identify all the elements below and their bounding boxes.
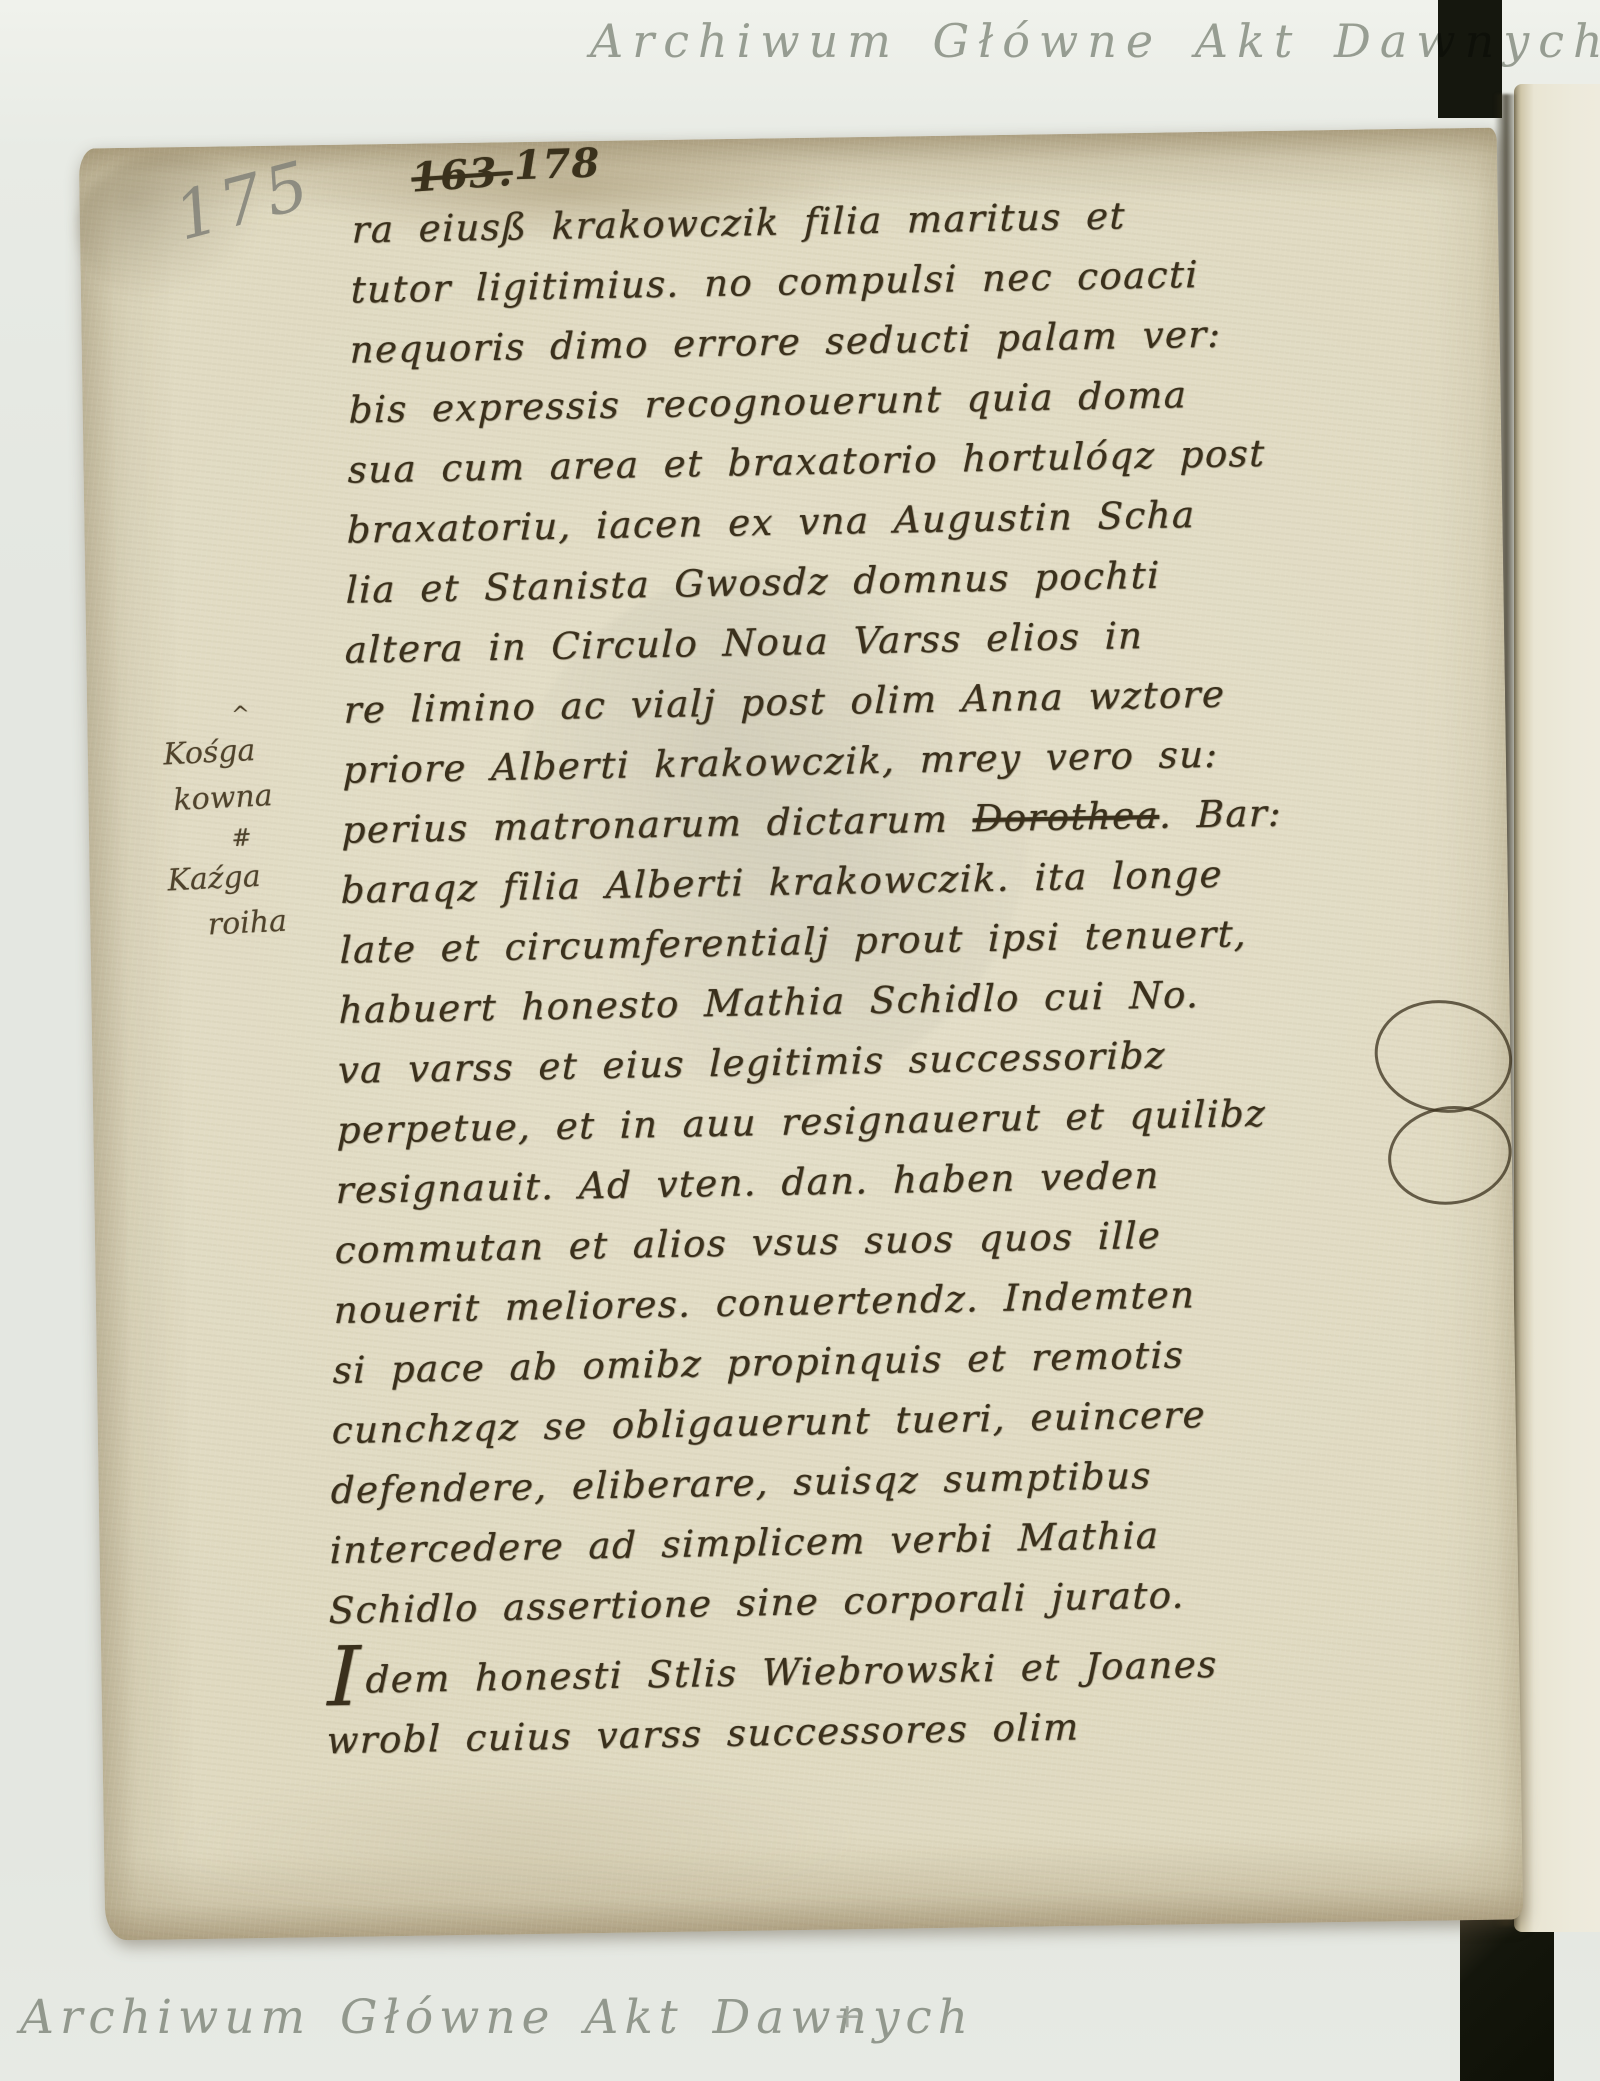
archive-watermark-top: Archiwum Główne Akt Dawnych (590, 14, 1600, 68)
calibration-cross-mark: + (833, 1996, 862, 2036)
archive-watermark-bottom: Archiwum Główne Akt Dawnych (20, 1990, 974, 2045)
manuscript-page: 175 163.178 ^ Kośga kowna # Kaźga roiha … (79, 128, 1523, 1941)
drop-cap-initial: I (328, 1678, 362, 1679)
struck-word: Dorothea (972, 794, 1159, 840)
line-text: dem honesti Stlis Wiebrowski et Joanes (365, 1643, 1218, 1702)
header-foliation-inscription: 163.178 (410, 142, 603, 202)
margin-note-word: roiha (169, 896, 351, 951)
facing-page-edge (1514, 84, 1600, 1932)
header-struck-number: 163. (410, 148, 514, 202)
manuscript-text-block: ra eiusß krakowczik filia maritus et tut… (326, 179, 1518, 1771)
stain-bottom (163, 1757, 865, 1927)
line-text: . Bar: (1159, 792, 1283, 837)
pencil-page-number: 175 (167, 146, 320, 256)
margin-note: ^ Kośga kowna # Kaźga roiha (159, 698, 351, 951)
line-text: perius matronarum dictarum (341, 797, 973, 852)
header-current-number: 178 (513, 139, 601, 189)
